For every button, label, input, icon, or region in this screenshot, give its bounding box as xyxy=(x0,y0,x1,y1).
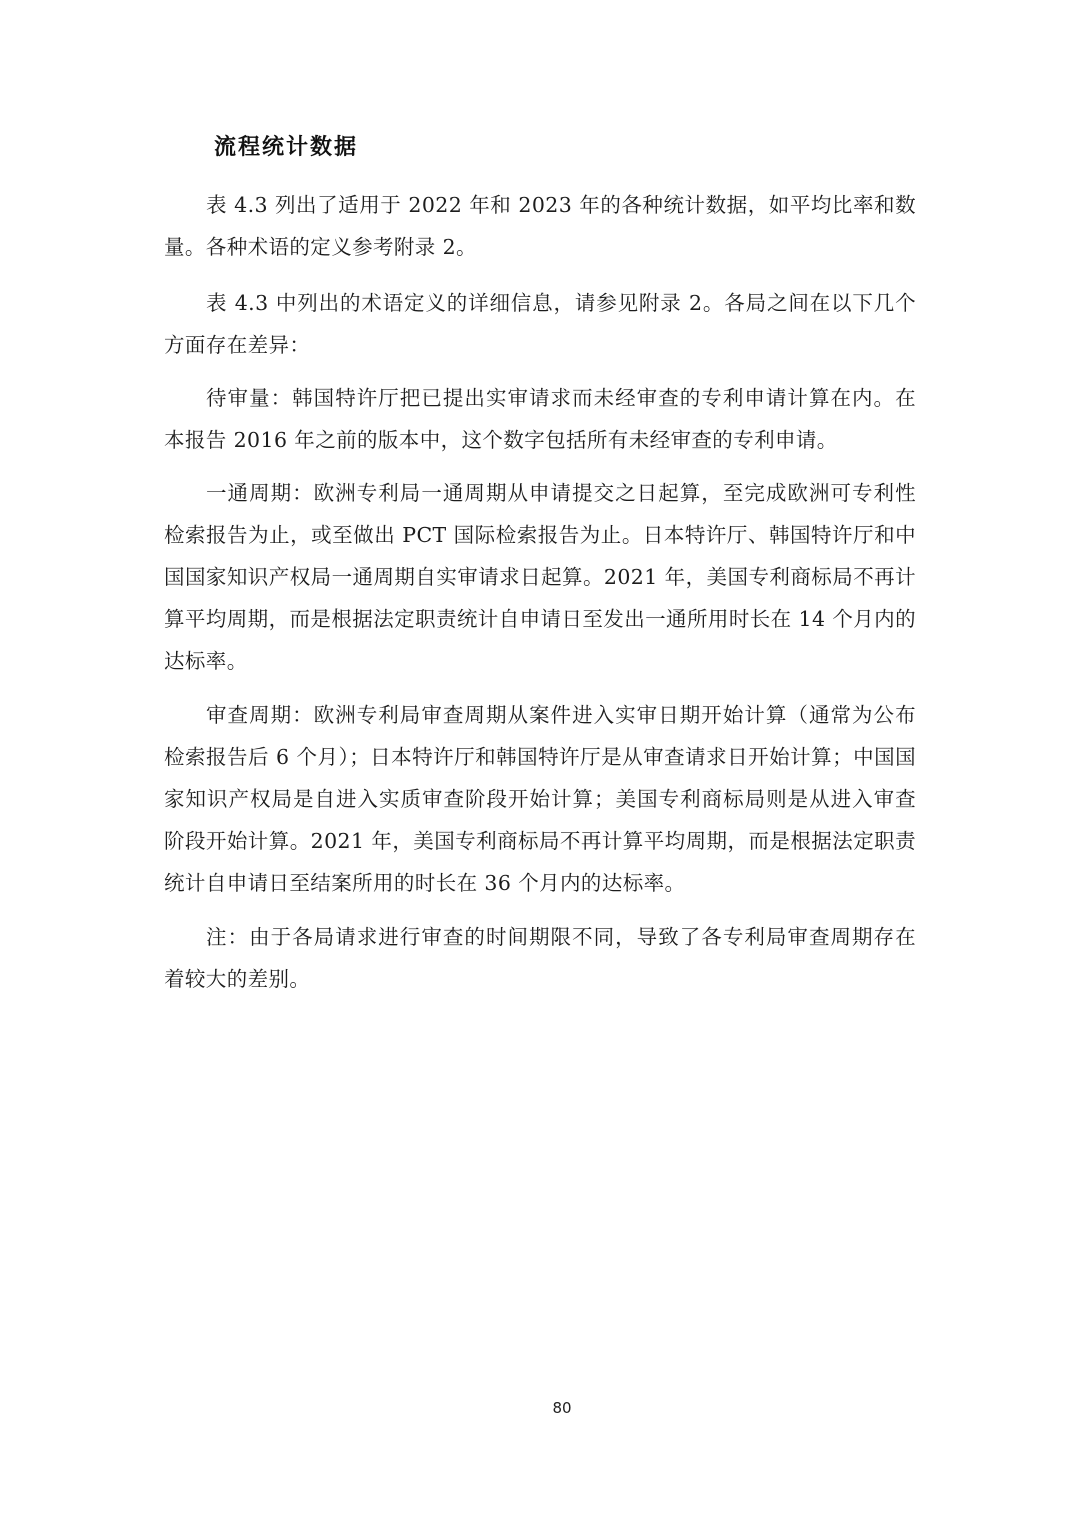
paragraph-table-overview: 表 4.3 列出了适用于 2022 年和 2023 年的各种统计数据，如平均比率… xyxy=(164,184,916,268)
paragraph-first-action-pendency: 一通周期：欧洲专利局一通周期从申请提交之日起算，至完成欧洲可专利性检索报告为止，… xyxy=(164,472,916,682)
section-title: 流程统计数据 xyxy=(214,131,358,163)
document-page: 流程统计数据 表 4.3 列出了适用于 2022 年和 2023 年的各种统计数… xyxy=(0,0,1080,1528)
paragraph-pendency-inventory: 待审量：韩国特许厅把已提出实审请求而未经审查的专利申请计算在内。在本报告 201… xyxy=(164,377,916,461)
paragraph-term-definitions: 表 4.3 中列出的术语定义的详细信息，请参见附录 2。各局之间在以下几个方面存… xyxy=(164,282,916,366)
paragraph-examination-pendency: 审查周期：欧洲专利局审查周期从案件进入实审日期开始计算（通常为公布检索报告后 6… xyxy=(164,694,916,904)
page-number: 80 xyxy=(0,1399,1080,1417)
paragraph-note: 注：由于各局请求进行审查的时间期限不同，导致了各专利局审查周期存在着较大的差别。 xyxy=(164,916,916,1000)
